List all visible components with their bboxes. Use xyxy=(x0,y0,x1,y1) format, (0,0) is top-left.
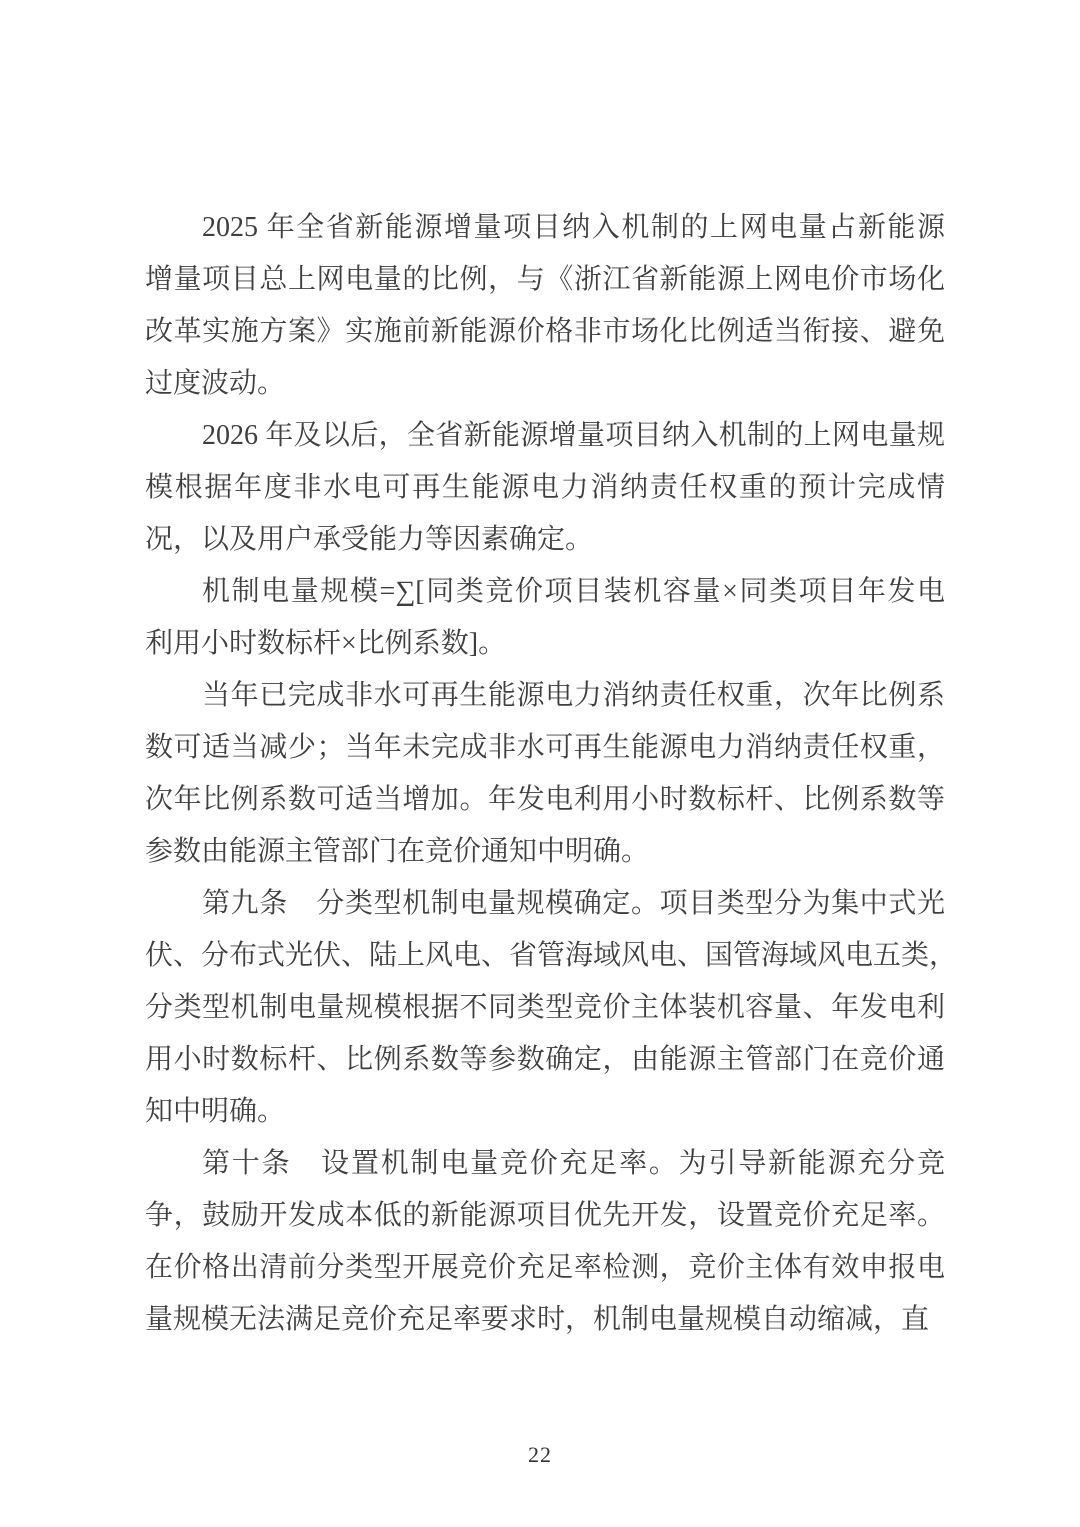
text-line: 当年已完成非水可再生能源电力消纳责任权重，次年比例系 xyxy=(145,670,945,722)
text-line: 数可适当减少；当年未完成非水可再生能源电力消纳责任权重， xyxy=(145,722,945,774)
text-line: 次年比例系数可适当增加。年发电利用小时数标杆、比例系数等 xyxy=(145,774,945,826)
text-line: 分类型机制电量规模根据不同类型竞价主体装机容量、年发电利 xyxy=(145,982,945,1034)
paragraph: 当年已完成非水可再生能源电力消纳责任权重，次年比例系数可适当减少；当年未完成非水… xyxy=(145,670,945,878)
page-number: 22 xyxy=(528,1442,552,1467)
text-line: 况，以及用户承受能力等因素确定。 xyxy=(145,514,945,566)
text-line: 量规模无法满足竞价充足率要求时，机制电量规模自动缩减，直 xyxy=(145,1294,945,1346)
paragraph: 2025 年全省新能源增量项目纳入机制的上网电量占新能源增量项目总上网电量的比例… xyxy=(145,202,945,410)
text-line: 第九条 分类型机制电量规模确定。项目类型分为集中式光 xyxy=(145,878,945,930)
paragraph: 第十条 设置机制电量竞价充足率。为引导新能源充分竞争，鼓励开发成本低的新能源项目… xyxy=(145,1138,945,1346)
text-line: 在价格出清前分类型开展竞价充足率检测，竞价主体有效申报电 xyxy=(145,1242,945,1294)
paragraph: 机制电量规模=∑[同类竞价项目装机容量×同类项目年发电利用小时数标杆×比例系数]… xyxy=(145,566,945,670)
text-line: 过度波动。 xyxy=(145,358,945,410)
paragraph: 第九条 分类型机制电量规模确定。项目类型分为集中式光伏、分布式光伏、陆上风电、省… xyxy=(145,878,945,1138)
text-line: 改革实施方案》实施前新能源价格非市场化比例适当衔接、避免 xyxy=(145,306,945,358)
text-line: 参数由能源主管部门在竞价通知中明确。 xyxy=(145,826,945,878)
paragraph: 2026 年及以后，全省新能源增量项目纳入机制的上网电量规模根据年度非水电可再生… xyxy=(145,410,945,566)
text-line: 伏、分布式光伏、陆上风电、省管海域风电、国管海域风电五类， xyxy=(145,930,945,982)
text-line: 第十条 设置机制电量竞价充足率。为引导新能源充分竞 xyxy=(145,1138,945,1190)
text-line: 2026 年及以后，全省新能源增量项目纳入机制的上网电量规 xyxy=(145,410,945,462)
text-line: 用小时数标杆、比例系数等参数确定，由能源主管部门在竞价通 xyxy=(145,1034,945,1086)
text-line: 知中明确。 xyxy=(145,1086,945,1138)
text-line: 模根据年度非水电可再生能源电力消纳责任权重的预计完成情 xyxy=(145,462,945,514)
text-line: 争，鼓励开发成本低的新能源项目优先开发，设置竞价充足率。 xyxy=(145,1190,945,1242)
text-line: 利用小时数标杆×比例系数]。 xyxy=(145,618,945,670)
text-line: 机制电量规模=∑[同类竞价项目装机容量×同类项目年发电 xyxy=(145,566,945,618)
document-body: 2025 年全省新能源增量项目纳入机制的上网电量占新能源增量项目总上网电量的比例… xyxy=(145,202,945,1346)
document-page: 2025 年全省新能源增量项目纳入机制的上网电量占新能源增量项目总上网电量的比例… xyxy=(0,0,1080,1527)
text-line: 2025 年全省新能源增量项目纳入机制的上网电量占新能源 xyxy=(145,202,945,254)
text-line: 增量项目总上网电量的比例，与《浙江省新能源上网电价市场化 xyxy=(145,254,945,306)
page-footer: 22 xyxy=(0,1441,1080,1469)
